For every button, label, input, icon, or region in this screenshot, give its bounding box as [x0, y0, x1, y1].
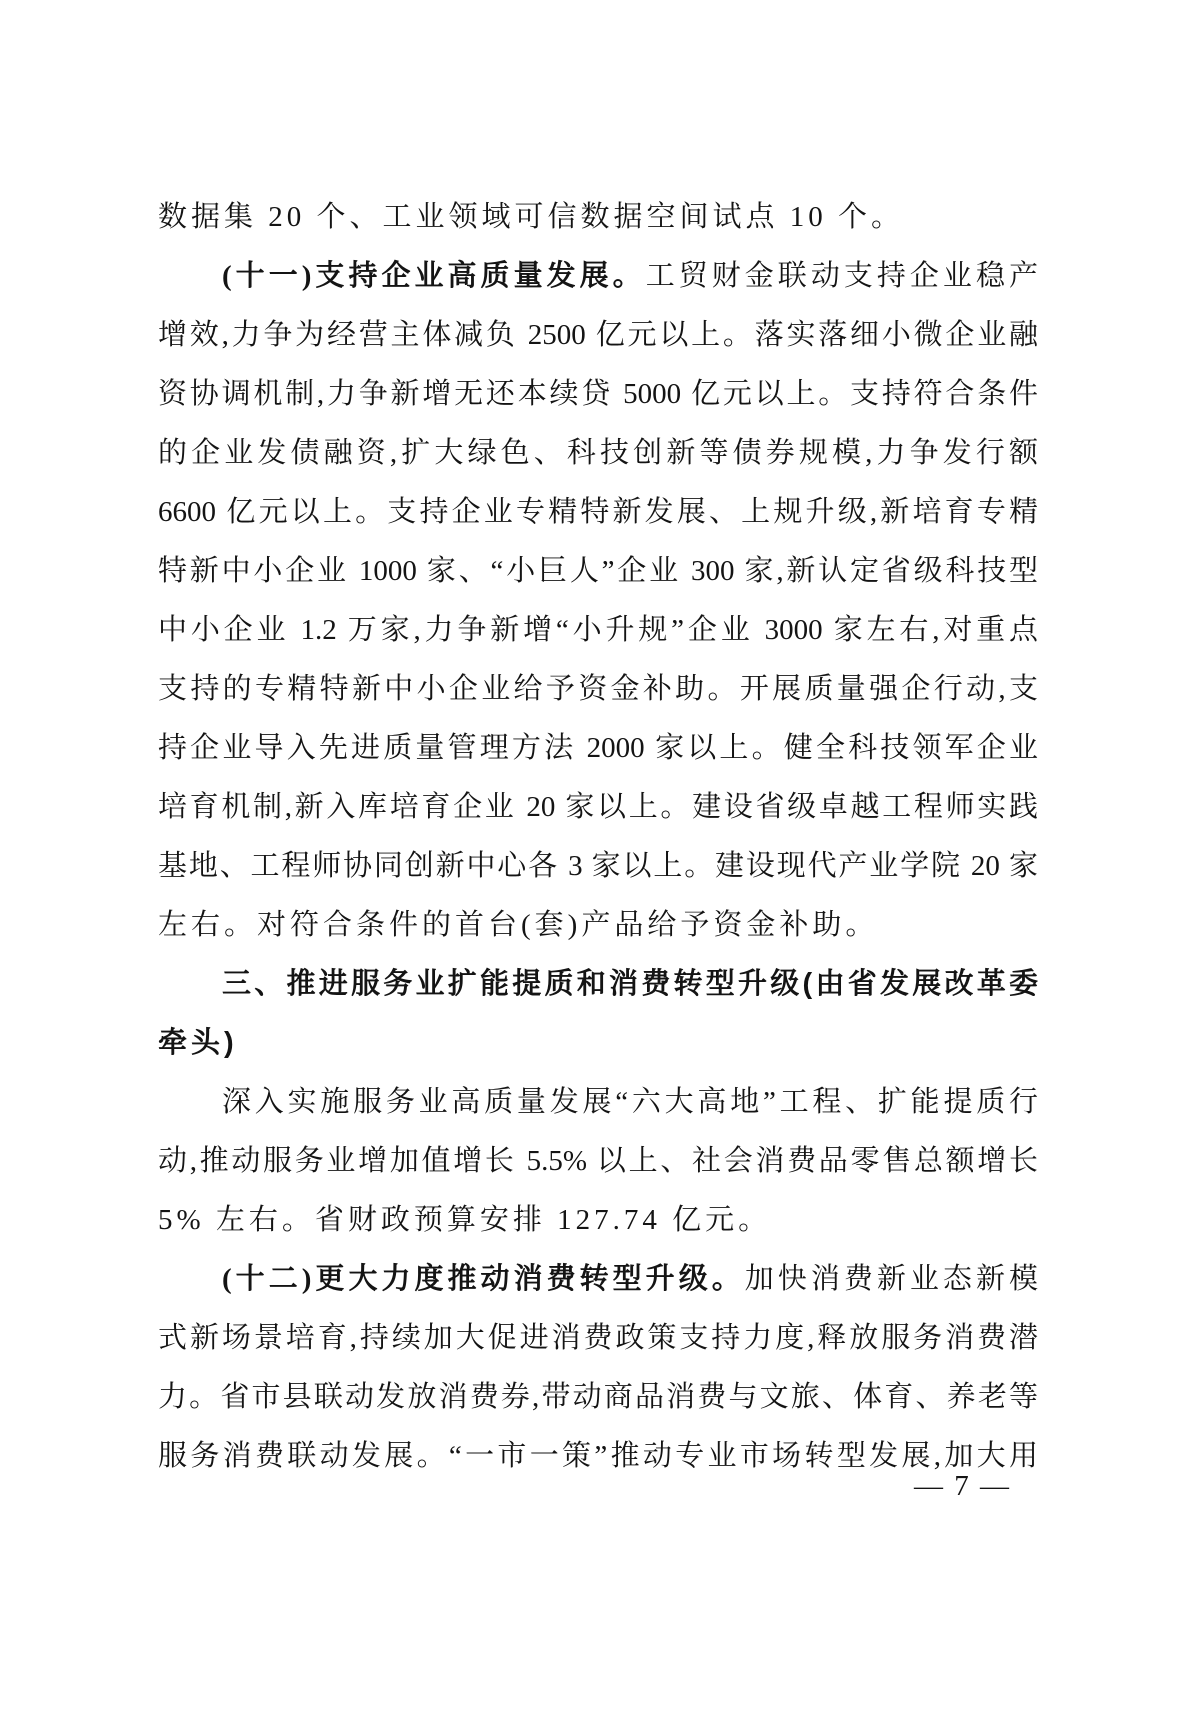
heading-text-run: 牵头) — [158, 1027, 238, 1059]
text-line: (十二)更大力度推动消费转型升级。加快消费新业态新模 — [158, 1250, 1038, 1309]
body-text-run: 资协调机制,力争新增无还本续贷 5000 亿元以上。支持符合条件 — [158, 378, 1038, 410]
body-text-run: 服务消费联动发展。“一市一策”推动专业市场转型发展,加大用 — [158, 1440, 1038, 1472]
text-line: 6600 亿元以上。支持企业专精特新发展、上规升级,新培育专精 — [158, 483, 1038, 542]
body-text-run: 工贸财金联动支持企业稳产 — [646, 260, 1038, 292]
body-text-run: 力。省市县联动发放消费券,带动商品消费与文旅、体育、养老等 — [158, 1381, 1038, 1413]
body-text-run: 增效,力争为经营主体减负 2500 亿元以上。落实落细小微企业融 — [158, 319, 1038, 351]
body-text-run: 加快消费新业态新模 — [745, 1263, 1038, 1295]
body-text-run: 深入实施服务业高质量发展“六大高地”工程、扩能提质行 — [222, 1086, 1038, 1118]
body-text-run: 6600 亿元以上。支持企业专精特新发展、上规升级,新培育专精 — [158, 496, 1038, 528]
text-line: 左右。对符合条件的首台(套)产品给予资金补助。 — [158, 896, 1038, 955]
body-text-run: 5% 左右。省财政预算安排 127.74 亿元。 — [158, 1204, 771, 1236]
body-text-run: 培育机制,新入库培育企业 20 家以上。建设省级卓越工程师实践 — [158, 791, 1038, 823]
text-line: 增效,力争为经营主体减负 2500 亿元以上。落实落细小微企业融 — [158, 306, 1038, 365]
section-heading-line: 三、推进服务业扩能提质和消费转型升级(由省发展改革委 — [158, 955, 1038, 1014]
body-text-run: 数据集 20 个、工业领域可信数据空间试点 10 个。 — [158, 201, 904, 233]
text-line: 服务消费联动发展。“一市一策”推动专业市场转型发展,加大用 — [158, 1427, 1038, 1486]
text-line: 特新中小企业 1000 家、“小巨人”企业 300 家,新认定省级科技型 — [158, 542, 1038, 601]
body-text-run: 基地、工程师协同创新中心各 3 家以上。建设现代产业学院 20 家 — [158, 850, 1038, 882]
text-line: 深入实施服务业高质量发展“六大高地”工程、扩能提质行 — [158, 1073, 1038, 1132]
page-number: — 7 — — [914, 1468, 1011, 1504]
text-line: 力。省市县联动发放消费券,带动商品消费与文旅、体育、养老等 — [158, 1368, 1038, 1427]
page-number-label: — 7 — — [914, 1470, 1011, 1502]
body-text-run: 的企业发债融资,扩大绿色、科技创新等债券规模,力争发行额 — [158, 437, 1038, 469]
body-text-run: 支持的专精特新中小企业给予资金补助。开展质量强企行动,支 — [158, 673, 1038, 705]
body-text-run: 左右。对符合条件的首台(套)产品给予资金补助。 — [158, 909, 878, 941]
text-line: 基地、工程师协同创新中心各 3 家以上。建设现代产业学院 20 家 — [158, 837, 1038, 896]
document-body: 数据集 20 个、工业领域可信数据空间试点 10 个。(十一)支持企业高质量发展… — [158, 188, 1038, 1486]
text-line: 数据集 20 个、工业领域可信数据空间试点 10 个。 — [158, 188, 1038, 247]
text-line: 资协调机制,力争新增无还本续贷 5000 亿元以上。支持符合条件 — [158, 365, 1038, 424]
text-line: 5% 左右。省财政预算安排 127.74 亿元。 — [158, 1191, 1038, 1250]
bold-lead-run: (十一)支持企业高质量发展。 — [222, 260, 646, 292]
text-line: (十一)支持企业高质量发展。工贸财金联动支持企业稳产 — [158, 247, 1038, 306]
text-line: 动,推动服务业增加值增长 5.5% 以上、社会消费品零售总额增长 — [158, 1132, 1038, 1191]
body-text-run: 持企业导入先进质量管理方法 2000 家以上。健全科技领军企业 — [158, 732, 1038, 764]
heading-text-run: 三、推进服务业扩能提质和消费转型升级(由省发展改革委 — [222, 968, 1038, 1000]
body-text-run: 特新中小企业 1000 家、“小巨人”企业 300 家,新认定省级科技型 — [158, 555, 1038, 587]
section-heading-line: 牵头) — [158, 1014, 1038, 1073]
text-line: 的企业发债融资,扩大绿色、科技创新等债券规模,力争发行额 — [158, 424, 1038, 483]
body-text-run: 中小企业 1.2 万家,力争新增“小升规”企业 3000 家左右,对重点 — [158, 614, 1038, 646]
text-line: 持企业导入先进质量管理方法 2000 家以上。健全科技领军企业 — [158, 719, 1038, 778]
bold-lead-run: (十二)更大力度推动消费转型升级。 — [222, 1263, 745, 1295]
document-page: 数据集 20 个、工业领域可信数据空间试点 10 个。(十一)支持企业高质量发展… — [0, 0, 1191, 1730]
text-line: 支持的专精特新中小企业给予资金补助。开展质量强企行动,支 — [158, 660, 1038, 719]
text-line: 培育机制,新入库培育企业 20 家以上。建设省级卓越工程师实践 — [158, 778, 1038, 837]
body-text-run: 式新场景培育,持续加大促进消费政策支持力度,释放服务消费潜 — [158, 1322, 1038, 1354]
text-line: 中小企业 1.2 万家,力争新增“小升规”企业 3000 家左右,对重点 — [158, 601, 1038, 660]
text-line: 式新场景培育,持续加大促进消费政策支持力度,释放服务消费潜 — [158, 1309, 1038, 1368]
body-text-run: 动,推动服务业增加值增长 5.5% 以上、社会消费品零售总额增长 — [158, 1145, 1038, 1177]
